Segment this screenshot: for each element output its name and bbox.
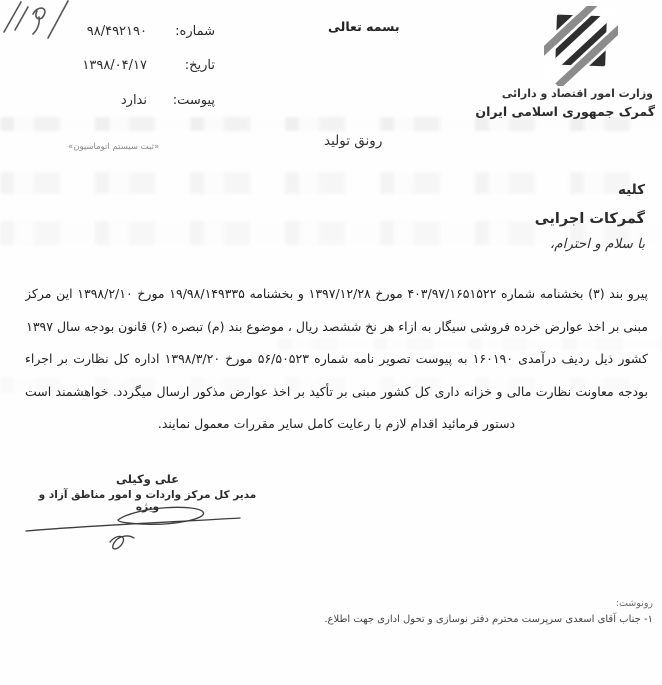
ministry-name: وزارت امور اقتصاد و دارائی [502,87,653,100]
automation-note: «ثبت سیستم اتوماسیون» [68,142,159,152]
number-value: ۹۸/۴۹۲۱۹۰ [87,24,147,39]
body-line: بودجه معاونت نظارت مالی و خزانه داری کل … [25,378,648,411]
organization-name: گمرک جمهوری اسلامی ایران [475,104,655,119]
year-slogan: رونق تولید [324,133,382,149]
signature-icon [22,498,247,560]
letter-attachment-row: پیوست: ندارد [15,93,215,110]
date-label: تاریخ: [163,58,215,73]
number-label: شماره: [163,24,215,39]
recipient-block: کلیه گمرکات اجرایی با سلام و احترام، [535,182,645,252]
body-line: دستور فرمائید اقدام لازم با رعایت کامل س… [25,410,648,443]
body-line: کشور ذیل ردیف درآمدی ۱۶۰۱۹۰ به پیوست تصو… [25,345,648,378]
signatory-name: علی وکیلی [30,472,265,486]
recipient-line2: گمرکات اجرایی [535,211,645,227]
body-line: پیرو بند (۳) بخشنامه شماره ۴۰۳/۹۷/۱۶۵۱۵۲… [25,280,648,313]
date-value: ۱۳۹۸/۰۴/۱۷ [82,58,147,73]
body-paragraph: پیرو بند (۳) بخشنامه شماره ۴۰۳/۹۷/۱۶۵۱۵۲… [25,280,648,443]
customs-logo-icon [544,6,618,86]
letter-meta: شماره: ۹۸/۴۹۲۱۹۰ تاریخ: ۱۳۹۸/۰۴/۱۷ پیوست… [15,24,215,127]
bismillah-text: بسمه تعالی [328,19,400,34]
salutation: با سلام و احترام، [535,236,645,252]
cc-item: ۱- جناب آقای اسعدی سرپرست محترم دفتر نوس… [324,614,653,625]
recipient-line1: کلیه [535,182,645,198]
cc-label: رونوشت: [616,598,653,609]
letter-date-row: تاریخ: ۱۳۹۸/۰۴/۱۷ [15,58,215,75]
document-page: شماره: ۹۸/۴۹۲۱۹۰ تاریخ: ۱۳۹۸/۰۴/۱۷ پیوست… [0,0,662,685]
letter-number-row: شماره: ۹۸/۴۹۲۱۹۰ [15,24,215,41]
attachment-value: ندارد [121,93,147,108]
attachment-label: پیوست: [163,93,215,108]
body-line: مبنی بر اخذ عوارض خرده فروشی سیگار به از… [25,313,648,346]
